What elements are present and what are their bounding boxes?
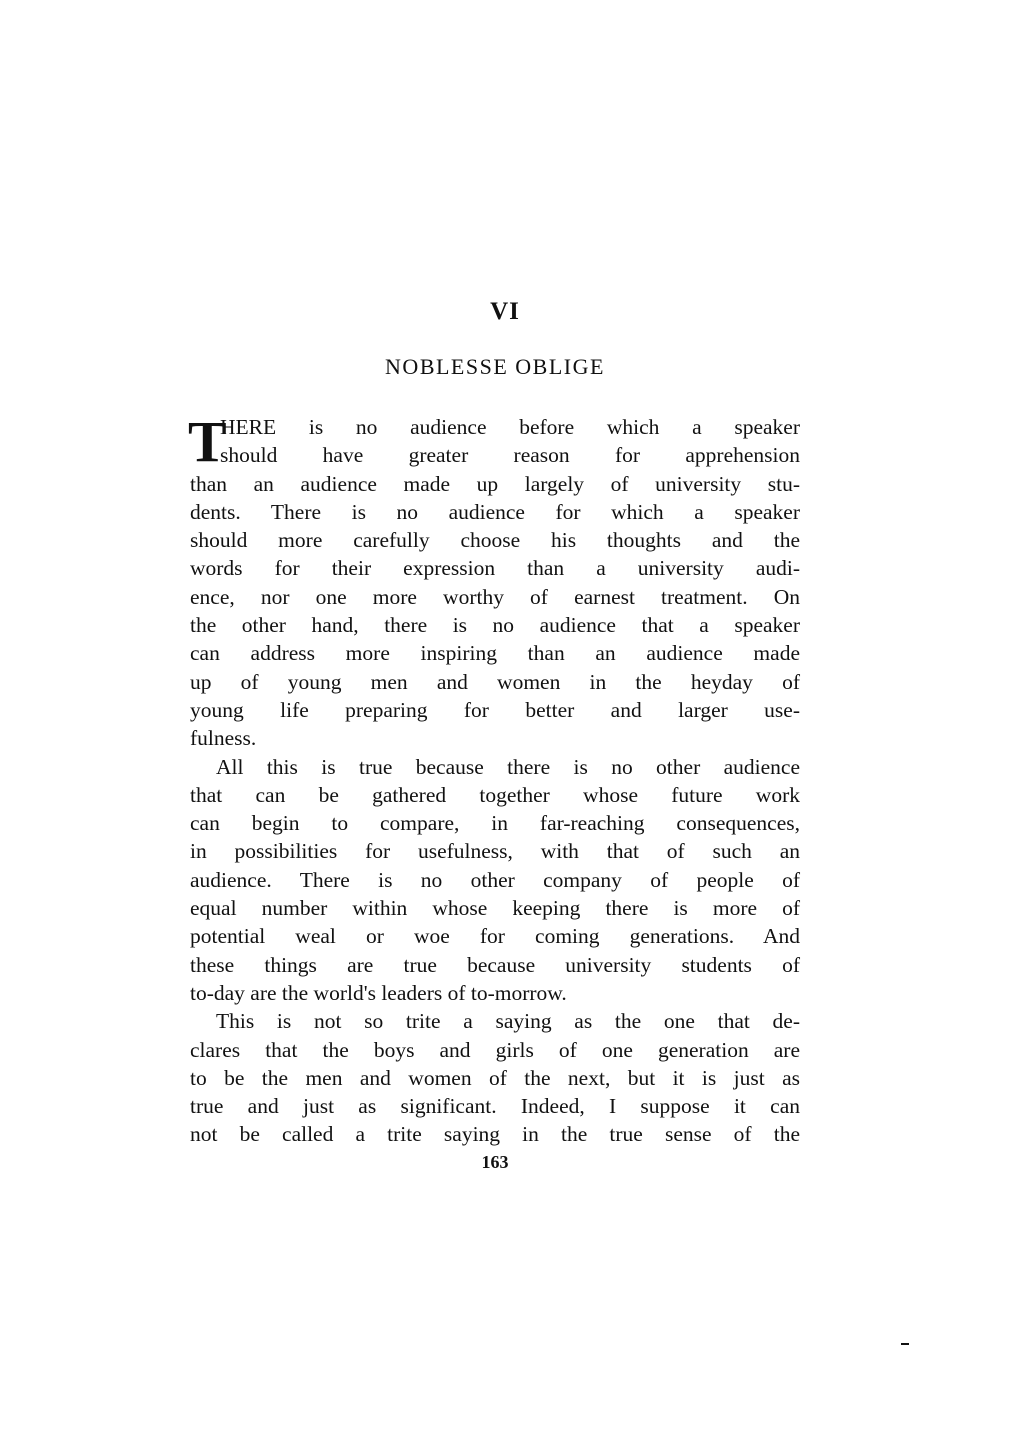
body-text: T HERE is no audience before which a spe… — [190, 413, 800, 1149]
text-line: audience. There is no other company of p… — [190, 866, 800, 894]
text-line: in possibilities for usefulness, with th… — [190, 837, 800, 865]
text-line: can begin to compare, in far-reaching co… — [190, 809, 800, 837]
paragraph-3: This is not so trite a saying as the one… — [190, 1007, 800, 1148]
text-line: true and just as significant. Indeed, I … — [190, 1092, 800, 1120]
page-number: 163 — [0, 1152, 990, 1173]
paragraph-2: All this is true because there is no oth… — [190, 753, 800, 1008]
text-line: to-day are the world's leaders of to-mor… — [190, 979, 800, 1007]
text-line: HERE is no audience before which a speak… — [190, 413, 800, 441]
text-line: these things are true because university… — [190, 951, 800, 979]
text-line: the other hand, there is no audience tha… — [190, 611, 800, 639]
text-line: potential weal or woe for coming generat… — [190, 922, 800, 950]
paragraph-1: T HERE is no audience before which a spe… — [190, 413, 800, 753]
text-line: to be the men and women of the next, but… — [190, 1064, 800, 1092]
text-line: ence, nor one more worthy of earnest tre… — [190, 583, 800, 611]
scan-artifact-mark — [901, 1343, 909, 1345]
text-line: fulness. — [190, 724, 800, 752]
chapter-number: VI — [0, 298, 1010, 326]
text-line: not be called a trite saying in the true… — [190, 1120, 800, 1148]
text-line: clares that the boys and girls of one ge… — [190, 1036, 800, 1064]
text-line: young life preparing for better and larg… — [190, 696, 800, 724]
drop-cap: T — [188, 417, 227, 467]
text-line: This is not so trite a saying as the one… — [190, 1007, 800, 1035]
text-line: should more carefully choose his thought… — [190, 526, 800, 554]
text-line: that can be gathered together whose futu… — [190, 781, 800, 809]
text-line: All this is true because there is no oth… — [190, 753, 800, 781]
text-line: dents. There is no audience for which a … — [190, 498, 800, 526]
text-line: words for their expression than a univer… — [190, 554, 800, 582]
chapter-title: NOBLESSE OBLIGE — [0, 354, 990, 380]
text-line: than an audience made up largely of univ… — [190, 470, 800, 498]
text-line: can address more inspiring than an audie… — [190, 639, 800, 667]
text-line: should have greater reason for apprehens… — [190, 441, 800, 469]
text-line: equal number within whose keeping there … — [190, 894, 800, 922]
text-line: up of young men and women in the heyday … — [190, 668, 800, 696]
